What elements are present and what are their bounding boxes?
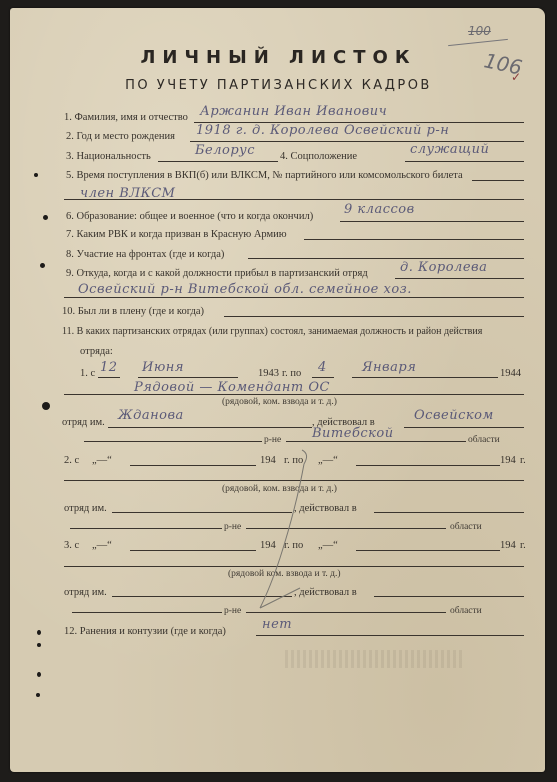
service-2-year-suffix: г. (520, 455, 526, 466)
field-3-line (158, 161, 278, 162)
service-1-from-month: Июня (142, 360, 184, 375)
field-1-label: 1. Фамилия, имя и отчество (64, 112, 188, 123)
service-1-to-day-line (312, 377, 334, 378)
punch-hole (43, 215, 48, 220)
punch-hole (37, 630, 41, 635)
service-2-year2: 194 (500, 455, 516, 466)
service-2-detachment-label: отряд им. (64, 503, 107, 514)
field-5-line-a (472, 180, 524, 181)
field-12-value: нет (262, 617, 292, 632)
field-5-line-b (64, 199, 524, 200)
punch-hole (34, 173, 38, 177)
service-3-year2: 194 (500, 540, 516, 551)
field-4-value: служащий (410, 142, 489, 157)
service-3-from-line (130, 550, 256, 551)
field-7-label: 7. Каким РВК и когда призван в Красную А… (66, 229, 287, 240)
field-6-value: 9 классов (344, 202, 415, 217)
field-3-value: Белорус (195, 143, 255, 158)
punch-hole (37, 672, 41, 677)
field-6-line (340, 221, 524, 222)
service-1-from-year: 1943 (258, 368, 279, 379)
archive-number-crossed: 100 (468, 24, 491, 38)
field-10-line (224, 316, 524, 317)
service-1-region-suffix: области (468, 435, 500, 445)
field-9-line-b (64, 297, 524, 298)
service-1-region-line-a (84, 441, 262, 442)
service-3-year-suffix: г. (520, 540, 526, 551)
service-1-from-month-line (138, 377, 238, 378)
service-2-num: 2. с (64, 455, 79, 466)
service-3-region-suffix: области (450, 606, 482, 616)
field-11-label-cont: отряда: (80, 346, 113, 357)
service-2-from-day: „—“ (92, 455, 112, 466)
service-1-to-year: 1944 (500, 368, 521, 379)
service-1-from-day: 12 (100, 360, 118, 375)
field-12-label: 12. Ранения и контузии (где и когда) (64, 626, 226, 637)
service-2-to-line (356, 465, 500, 466)
service-1-position-caption: (рядовой, ком. взвода и т. д.) (222, 397, 337, 407)
document-subtitle: ПО УЧЕТУ ПАРТИЗАНСКИХ КАДРОВ (0, 78, 557, 93)
field-2-value: 1918 г. д. Королева Освейский р-н (196, 123, 449, 138)
field-11-label: 11. В каких партизанских отрядах (или гр… (62, 326, 482, 337)
service-1-to-month-line (352, 377, 498, 378)
punch-hole (37, 643, 41, 647)
service-1-detachment-label: отряд им. (62, 417, 105, 428)
pencil-strike-mark (240, 448, 330, 618)
service-3-district-line (374, 596, 524, 597)
document-title: ЛИЧНЫЙ ЛИСТОК (0, 47, 557, 68)
service-2-district-line (374, 512, 524, 513)
field-3-label: 3. Национальность (66, 151, 151, 162)
service-1-position: Рядовой — Комендант ОС (134, 380, 330, 395)
faded-stamp-bleed (285, 650, 465, 668)
service-1-num: 1. с (80, 368, 95, 379)
service-1-district-line (404, 427, 524, 428)
service-2-district-suffix: р-не (224, 522, 241, 532)
service-2-region-suffix: области (450, 522, 482, 532)
service-1-detachment: Жданова (118, 408, 184, 423)
service-3-to-line (356, 550, 500, 551)
field-9-label: 9. Откуда, когда и с какой должности при… (66, 268, 368, 279)
field-4-label: 4. Соцположение (280, 151, 357, 162)
field-9-value-line2: Освейский р-н Витебской обл. семейное хо… (78, 282, 412, 297)
service-1-position-line (64, 394, 524, 395)
service-3-region-line-a (72, 612, 222, 613)
service-1-region-line-b (286, 441, 466, 442)
field-8-label: 8. Участие на фронтах (где и когда) (66, 249, 224, 260)
field-1-value: Аржанин Иван Иванович (200, 104, 387, 119)
service-1-district-suffix: р-не (264, 435, 281, 445)
field-2-label: 2. Год и место рождения (66, 131, 175, 142)
field-9-line-a (395, 278, 524, 279)
service-1-to-day: 4 (318, 360, 327, 375)
field-12-line (256, 635, 524, 636)
service-3-detachment-label: отряд им. (64, 587, 107, 598)
punch-hole (42, 402, 50, 410)
field-7-line (304, 239, 524, 240)
service-3-district-suffix: р-не (224, 606, 241, 616)
field-5-label: 5. Время поступления в ВКП(б) или ВЛКСМ,… (66, 170, 463, 181)
service-1-detachment-line (108, 427, 312, 428)
field-6-label: 6. Образование: общее и военное (что и к… (66, 211, 313, 222)
service-2-region-line-a (70, 528, 222, 529)
service-3-from-day: „—“ (92, 540, 112, 551)
service-1-from-day-line (98, 377, 120, 378)
service-1-to-month: Января (362, 360, 416, 375)
service-1-district: Освейском (414, 408, 494, 423)
field-9-value-line1: д. Королева (400, 260, 487, 275)
field-8-line (248, 258, 524, 259)
service-2-from-line (130, 465, 256, 466)
service-1-region: Витебской (312, 426, 394, 441)
punch-hole (36, 693, 40, 697)
field-4-line (405, 161, 524, 162)
service-3-num: 3. с (64, 540, 79, 551)
punch-hole (40, 263, 45, 268)
field-10-label: 10. Был ли в плену (где и когда) (62, 306, 204, 317)
service-1-to-word: г. по (282, 368, 301, 379)
